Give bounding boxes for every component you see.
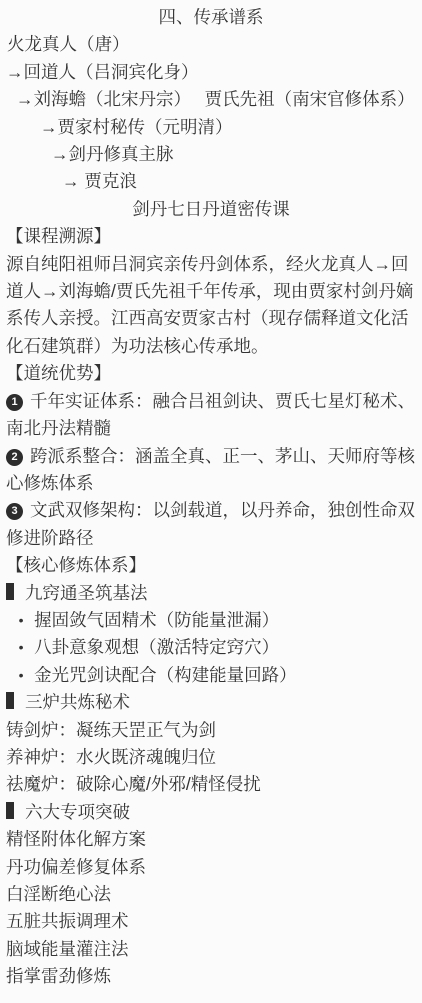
section-marker-icon [6, 802, 14, 819]
circled-number-icon: 2 [6, 449, 23, 466]
advantage-text: 文武双修架构：以剑载道，以丹养命，独创性命双修进阶路径 [6, 500, 415, 547]
advantage-item: 2跨派系整合：涵盖全真、正一、茅山、天师府等核心修炼体系 [6, 443, 416, 498]
bullet-icon: • [19, 664, 24, 686]
advantage-text: 千年实证体系：融合吕祖剑诀、贾氏七星灯秘术、南北丹法精髓 [6, 391, 415, 438]
course-subtitle: 剑丹七日丹道密传课 [6, 196, 416, 223]
circled-number-icon: 1 [6, 394, 23, 411]
method-line: 铸剑炉：凝练天罡正气为剑 [6, 717, 416, 744]
bullet-item: •金光咒剑诀配合（构建能量回路） [6, 662, 416, 689]
method-line: 养神炉：水火既济魂魄归位 [6, 744, 416, 771]
lineage-line-4: →贾家村秘传（元明清） [6, 114, 416, 141]
lineage-line-5: →剑丹修真主脉 [6, 141, 416, 168]
section-header-core: 【核心修炼体系】 [6, 552, 416, 579]
advantage-item: 3文武双修架构：以剑载道，以丹养命，独创性命双修进阶路径 [6, 497, 416, 552]
method-line: 白淫断绝心法 [6, 881, 416, 908]
bullet-text: 金光咒剑诀配合（构建能量回路） [34, 665, 297, 685]
subsection-title: 六大专项突破 [6, 799, 416, 826]
bullet-item: •八卦意象观想（激活特定窍穴） [6, 634, 416, 661]
circled-number-icon: 3 [6, 503, 23, 520]
section-marker-icon [6, 583, 14, 600]
lineage-line-6: → 贾克浪 [6, 168, 416, 195]
lineage-line-2: →回道人（吕洞宾化身） [6, 59, 416, 86]
lineage-line-1: 火龙真人（唐） [6, 31, 416, 58]
method-line: 脑域能量灌注法 [6, 936, 416, 963]
bullet-text: 八卦意象观想（激活特定窍穴） [34, 637, 279, 657]
method-line: 五脏共振调理术 [6, 908, 416, 935]
origin-paragraph: 源自纯阳祖师吕洞宾亲传丹剑体系，经火龙真人→回道人→刘海蟾/贾氏先祖千年传承，现… [6, 251, 416, 361]
bullet-icon: • [19, 637, 24, 659]
lineage-line-3: →刘海蟾（北宋丹宗） 贾氏先祖（南宋官修体系） [6, 86, 416, 113]
bullet-item: •握固敛气固精术（防能量泄漏） [6, 607, 416, 634]
subsection-title: 九窍通圣筑基法 [6, 580, 416, 607]
section-header-advantages: 【道统优势】 [6, 360, 416, 387]
method-line: 精怪附体化解方案 [6, 826, 416, 853]
method-line: 祛魔炉：破除心魔/外邪/精怪侵扰 [6, 771, 416, 798]
bullet-icon: • [19, 610, 24, 632]
advantage-text: 跨派系整合：涵盖全真、正一、茅山、天师府等核心修炼体系 [6, 446, 415, 493]
document-page: 四、传承谱系 火龙真人（唐） →回道人（吕洞宾化身） →刘海蟾（北宋丹宗） 贾氏… [0, 0, 422, 1003]
method-line: 丹功偏差修复体系 [6, 854, 416, 881]
subsection-title-text: 九窍通圣筑基法 [25, 583, 148, 603]
section-marker-icon [6, 692, 14, 709]
advantage-item: 1千年实证体系：融合吕祖剑诀、贾氏七星灯秘术、南北丹法精髓 [6, 388, 416, 443]
page-title: 四、传承谱系 [6, 4, 416, 31]
subsection-title-text: 六大专项突破 [25, 802, 130, 822]
method-line: 指掌雷劲修炼 [6, 963, 416, 990]
subsection-title: 三炉共炼秘术 [6, 689, 416, 716]
subsection-title-text: 三炉共炼秘术 [25, 692, 130, 712]
section-header-origin: 【课程溯源】 [6, 223, 416, 250]
bullet-text: 握固敛气固精术（防能量泄漏） [34, 610, 279, 630]
